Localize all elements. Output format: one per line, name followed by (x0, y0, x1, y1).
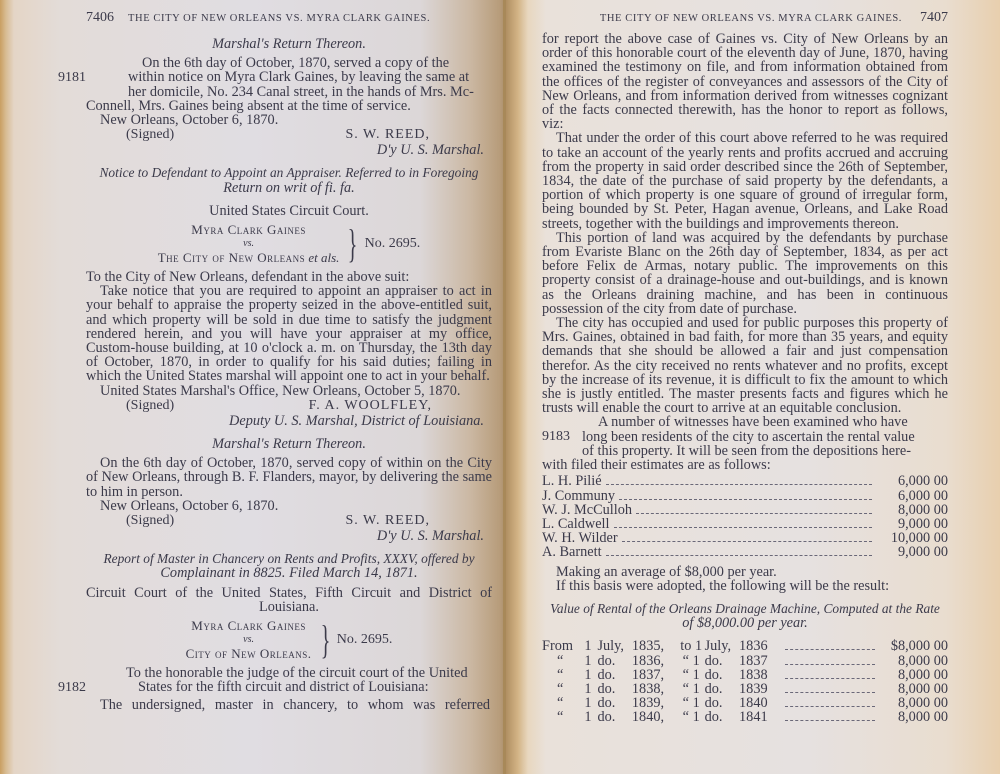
signed-label: (Signed) (126, 127, 174, 143)
cell: “ 1 (678, 682, 705, 696)
running-head-title: The City of New Orleans vs. Myra Clark G… (128, 11, 430, 27)
cell: 1839, (632, 696, 678, 710)
court-line-2: Louisiana. (86, 600, 492, 614)
report-address: 9182 To the honorable the judge of the c… (86, 666, 492, 694)
notice-address: To the City of New Orleans, defendant in… (86, 270, 492, 284)
cell: 1 (578, 668, 597, 682)
office-line: United States Marshal's Office, New Orle… (86, 384, 492, 398)
cell: do. (597, 696, 631, 710)
text-line: A number of witnesses have been examined… (542, 415, 948, 429)
witness-name: W. H. Wilder (542, 531, 618, 545)
table-title: Value of Rental of the Orleans Drainage … (542, 602, 948, 616)
table-title-2: of $8,000.00 per year. (542, 616, 948, 630)
estimate-amount: 8,000 00 (876, 503, 948, 517)
page-number: 7406 (86, 10, 114, 26)
dot-leader (785, 678, 875, 679)
report-heading: Report of Master in Chancery on Rents an… (86, 552, 492, 566)
date-line: New Orleans, October 6, 1870. (86, 113, 492, 127)
date-line: New Orleans, October 6, 1870. (86, 499, 492, 513)
witness-name: W. J. McCulloh (542, 503, 632, 517)
paragraph: This portion of land was acquired by the… (542, 231, 948, 316)
cell: 1838, (632, 682, 678, 696)
cell: July, (597, 639, 631, 653)
section-heading: Marshal's Return Thereon. (86, 437, 492, 451)
cell: 1836, (632, 654, 678, 668)
right-page: The City of New Orleans vs. Myra Clark G… (506, 0, 1000, 774)
paragraph: That under the order of this court above… (542, 131, 948, 230)
signer-name: F. A. WOOLFLEY, (309, 398, 432, 414)
text-line: To the honorable the judge of the circui… (86, 666, 492, 680)
cell: “ (542, 654, 578, 668)
rent-amount: 8,000 00 (879, 654, 948, 668)
signature-line: (Signed) S. W. REED, (86, 127, 492, 143)
court-name: United States Circuit Court. (86, 204, 492, 218)
text-line: long been residents of the city to ascer… (542, 430, 948, 444)
running-header: 7406 The City of New Orleans vs. Myra Cl… (86, 10, 492, 32)
report-heading-2: Complainant in 8825. Filed March 14, 187… (86, 566, 492, 580)
table-row: From1July,1835,to 1July,1836$8,000 00 (542, 639, 948, 653)
defendant-suffix: et als. (308, 250, 339, 265)
versus: vs. (158, 237, 340, 251)
versus: vs. (186, 633, 312, 647)
cell: July, (705, 639, 739, 653)
estimate-amount: 9,000 00 (876, 545, 948, 559)
cell: “ 1 (678, 668, 705, 682)
cell: “ (542, 668, 578, 682)
witness-paragraph: 9183 A number of witnesses have been exa… (542, 415, 948, 472)
dot-leader (606, 555, 872, 556)
return1-body: 9181 On the 6th day of October, 1870, se… (86, 56, 492, 113)
list-item: W. J. McCulloh8,000 00 (542, 503, 948, 517)
cell: 1838 (739, 668, 781, 682)
dot-leader (785, 720, 875, 721)
rent-amount: 8,000 00 (879, 682, 948, 696)
section-heading: Marshal's Return Thereon. (86, 37, 492, 51)
text-line: with filed their estimates are as follow… (542, 458, 948, 472)
witness-name: L. H. Pilié (542, 474, 602, 488)
cell: 1840 (739, 696, 781, 710)
text-line: Connell, Mrs. Gaines being absent at the… (86, 99, 492, 113)
signer-title: D'y U. S. Marshal. (86, 529, 492, 543)
witness-name: A. Barnett (542, 545, 602, 559)
cell: “ (542, 710, 578, 724)
report-body-start: The undersigned, master in chancery, to … (86, 698, 492, 712)
rental-table: From1July,1835,to 1July,1836$8,000 00 “1… (542, 639, 948, 724)
paragraph: for report the above case of Gaines vs. … (542, 32, 948, 131)
signer-name: S. W. REED, (345, 513, 430, 529)
dot-leader (606, 484, 872, 485)
page-number: 7407 (920, 10, 948, 26)
dot-leader (614, 527, 873, 528)
signature-line: (Signed) S. W. REED, (86, 513, 492, 529)
signature-line: (Signed) F. A. WOOLFLEY, (86, 398, 492, 414)
defendant: City of New Orleans. (186, 647, 312, 661)
basis-line: If this basis were adopted, the followin… (542, 579, 948, 593)
witness-name: L. Caldwell (542, 517, 610, 531)
estimate-amount: 10,000 00 (876, 531, 948, 545)
cell: do. (597, 668, 631, 682)
cell: do. (705, 710, 739, 724)
brace-icon: } (320, 620, 330, 660)
cell: “ 1 (678, 654, 705, 668)
list-item: L. H. Pilié6,000 00 (542, 474, 948, 488)
table-row: “1do.1838,“ 1do.18398,000 00 (542, 682, 948, 696)
cell: 1 (578, 639, 597, 653)
left-page: 7406 The City of New Orleans vs. Myra Cl… (0, 0, 506, 774)
table-row: “1do.1837,“ 1do.18388,000 00 (542, 668, 948, 682)
book-spread: 7406 The City of New Orleans vs. Myra Cl… (0, 0, 1000, 774)
dot-leader (785, 664, 875, 665)
cell: 1837, (632, 668, 678, 682)
list-item: L. Caldwell9,000 00 (542, 517, 948, 531)
notice-heading-2: Return on writ of fi. fa. (86, 181, 492, 195)
text-line: her domicile, No. 234 Canal street, in t… (86, 85, 492, 99)
dot-leader (636, 513, 872, 514)
rent-amount: 8,000 00 (879, 696, 948, 710)
rent-amount: 8,000 00 (879, 668, 948, 682)
rent-amount: $8,000 00 (879, 639, 948, 653)
signed-label: (Signed) (126, 398, 174, 414)
case-number: No. 2695. (337, 632, 393, 648)
case-number: No. 2695. (365, 236, 421, 252)
paragraph: The city has occupied and used for publi… (542, 316, 948, 415)
running-header: The City of New Orleans vs. Myra Clark G… (542, 10, 948, 32)
text-line: States for the fifth circuit and distric… (86, 680, 492, 694)
table-row: “1do.1839,“ 1do.18408,000 00 (542, 696, 948, 710)
margin-number: 9182 (6, 680, 86, 696)
cell: do. (705, 682, 739, 696)
defendant: The City of New Orleans (158, 250, 305, 265)
right-page-content: The City of New Orleans vs. Myra Clark G… (542, 10, 948, 725)
dot-leader (619, 499, 872, 500)
plaintiff: Myra Clark Gaines (186, 619, 312, 633)
estimate-amount: 9,000 00 (876, 517, 948, 531)
return2-body: On the 6th day of October, 1870, served … (86, 456, 492, 499)
case-caption: Myra Clark Gaines vs. The City of New Or… (86, 223, 492, 265)
dot-leader (785, 706, 875, 707)
dot-leader (785, 649, 875, 650)
cell: do. (597, 654, 631, 668)
cell: 1841 (739, 710, 781, 724)
cell: do. (597, 682, 631, 696)
list-item: W. H. Wilder10,000 00 (542, 531, 948, 545)
cell: 1 (578, 696, 597, 710)
running-head-title: The City of New Orleans vs. Myra Clark G… (600, 11, 902, 27)
cell: 1 (578, 710, 597, 724)
case-caption: Myra Clark Gaines vs. City of New Orlean… (86, 619, 492, 661)
cell: 1 (578, 682, 597, 696)
cell: do. (705, 654, 739, 668)
average-line: Making an average of $8,000 per year. (542, 565, 948, 579)
signer-name: S. W. REED, (345, 127, 430, 143)
court-line: Circuit Court of the United States, Fift… (86, 586, 492, 600)
signer-title: Deputy U. S. Marshal, District of Louisi… (86, 414, 492, 428)
text-line: On the 6th day of October, 1870, served … (86, 56, 492, 70)
cell: 1835, (632, 639, 678, 653)
list-item: J. Communy6,000 00 (542, 489, 948, 503)
text-line: of this property. It will be seen from t… (542, 444, 948, 458)
margin-number: 9183 (542, 429, 570, 445)
cell: “ (542, 682, 578, 696)
estimates-list: L. H. Pilié6,000 00 J. Communy6,000 00 W… (542, 474, 948, 559)
signed-label: (Signed) (126, 513, 174, 529)
cell: From (542, 639, 578, 653)
left-page-content: 7406 The City of New Orleans vs. Myra Cl… (86, 10, 492, 712)
plaintiff: Myra Clark Gaines (158, 223, 340, 237)
cell: 1837 (739, 654, 781, 668)
table-row: “1do.1836,“ 1do.18378,000 00 (542, 654, 948, 668)
cell: 1840, (632, 710, 678, 724)
cell: 1836 (739, 639, 781, 653)
cell: do. (705, 696, 739, 710)
notice-heading: Notice to Defendant to Appoint an Apprai… (86, 166, 492, 180)
dot-leader (622, 541, 872, 542)
table-row: “1do.1840,“ 1do.18418,000 00 (542, 710, 948, 724)
cell: to 1 (678, 639, 705, 653)
margin-number: 9181 (6, 70, 86, 86)
cell: do. (705, 668, 739, 682)
cell: 1839 (739, 682, 781, 696)
estimate-amount: 6,000 00 (876, 489, 948, 503)
cell: “ 1 (678, 696, 705, 710)
estimate-amount: 6,000 00 (876, 474, 948, 488)
cell: do. (597, 710, 631, 724)
dot-leader (785, 692, 875, 693)
cell: “ 1 (678, 710, 705, 724)
cell: 1 (578, 654, 597, 668)
notice-body: Take notice that you are required to app… (86, 284, 492, 383)
brace-icon: } (348, 224, 358, 264)
rent-amount: 8,000 00 (879, 710, 948, 724)
signer-title: D'y U. S. Marshal. (86, 143, 492, 157)
text-line: within notice on Myra Clark Gaines, by l… (86, 70, 492, 84)
list-item: A. Barnett9,000 00 (542, 545, 948, 559)
cell: “ (542, 696, 578, 710)
witness-name: J. Communy (542, 489, 615, 503)
